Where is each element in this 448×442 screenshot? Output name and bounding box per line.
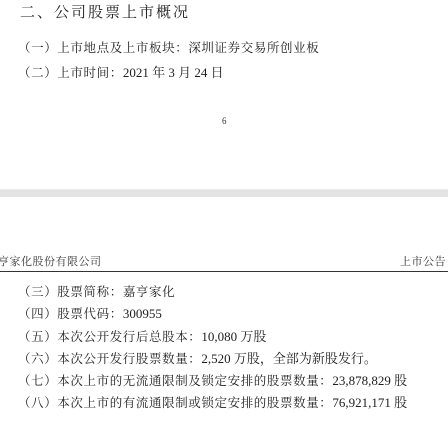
issued-shares-value: 2,520 万股，全部为新股发行。 <box>201 351 377 366</box>
issued-shares-line: （六）本次公开发行股票数量：2,520 万股，全部为新股发行。 <box>18 348 377 367</box>
stock-code-line: （四）股票代码：300955 <box>18 304 162 322</box>
total-shares-value: 10,080 万股 <box>201 329 266 344</box>
listing-venue-value: 深圳证券交易所创业板 <box>188 40 319 55</box>
listing-date-line: （二）上市时间：2021 年 3 月 24 日 <box>18 62 224 81</box>
restricted-shares-value: 76,921,171 股 <box>332 395 407 410</box>
stock-short-name-line: （三）股票简称：嘉亨家化 <box>18 282 175 300</box>
unrestricted-shares-line: （七）本次上市的无流通限制及锁定安排的股票数量：23,878,829 股 <box>18 370 407 389</box>
header-document-type: 上市公告 <box>400 253 446 269</box>
listing-venue-label: （一）上市地点及上市板块： <box>18 40 188 55</box>
document-page-6: 二、公司股票上市概况 （一）上市地点及上市板块：深圳证券交易所创业板 （二）上市… <box>0 0 448 189</box>
unrestricted-shares-label: （七）本次上市的无流通限制及锁定安排的股票数量： <box>18 373 332 388</box>
section-title: 二、公司股票上市概况 <box>20 1 190 22</box>
total-shares-label: （五）本次公开发行后总股本： <box>18 329 201 344</box>
listing-venue-line: （一）上市地点及上市板块：深圳证券交易所创业板 <box>18 38 319 56</box>
listing-date-value: 2021 年 3 月 24 日 <box>123 65 224 80</box>
issued-shares-label: （六）本次公开发行股票数量： <box>18 351 201 366</box>
header-company-name: 亨家化股份有限公司 <box>0 253 102 269</box>
stock-code-label: （四）股票代码： <box>18 306 123 321</box>
document-viewer[interactable]: 二、公司股票上市概况 （一）上市地点及上市板块：深圳证券交易所创业板 （二）上市… <box>0 0 448 442</box>
restricted-shares-label: （八）本次上市的有流通限制或锁定安排的股票数量： <box>18 395 332 410</box>
page-number: 6 <box>222 116 227 126</box>
unrestricted-shares-value: 23,878,829 股 <box>332 373 407 388</box>
restricted-shares-line: （八）本次上市的有流通限制或锁定安排的股票数量：76,921,171 股 <box>18 392 407 411</box>
stock-short-name-value: 嘉亨家化 <box>123 284 175 299</box>
running-header: 亨家化股份有限公司 上市公告 <box>0 251 448 272</box>
document-page-7: 亨家化股份有限公司 上市公告 （三）股票简称：嘉亨家化 （四）股票代码：3009… <box>0 197 448 442</box>
stock-short-name-label: （三）股票简称： <box>18 284 123 299</box>
total-shares-line: （五）本次公开发行后总股本：10,080 万股 <box>18 326 266 345</box>
listing-date-label: （二）上市时间： <box>18 65 123 80</box>
stock-code-value: 300955 <box>123 306 162 321</box>
